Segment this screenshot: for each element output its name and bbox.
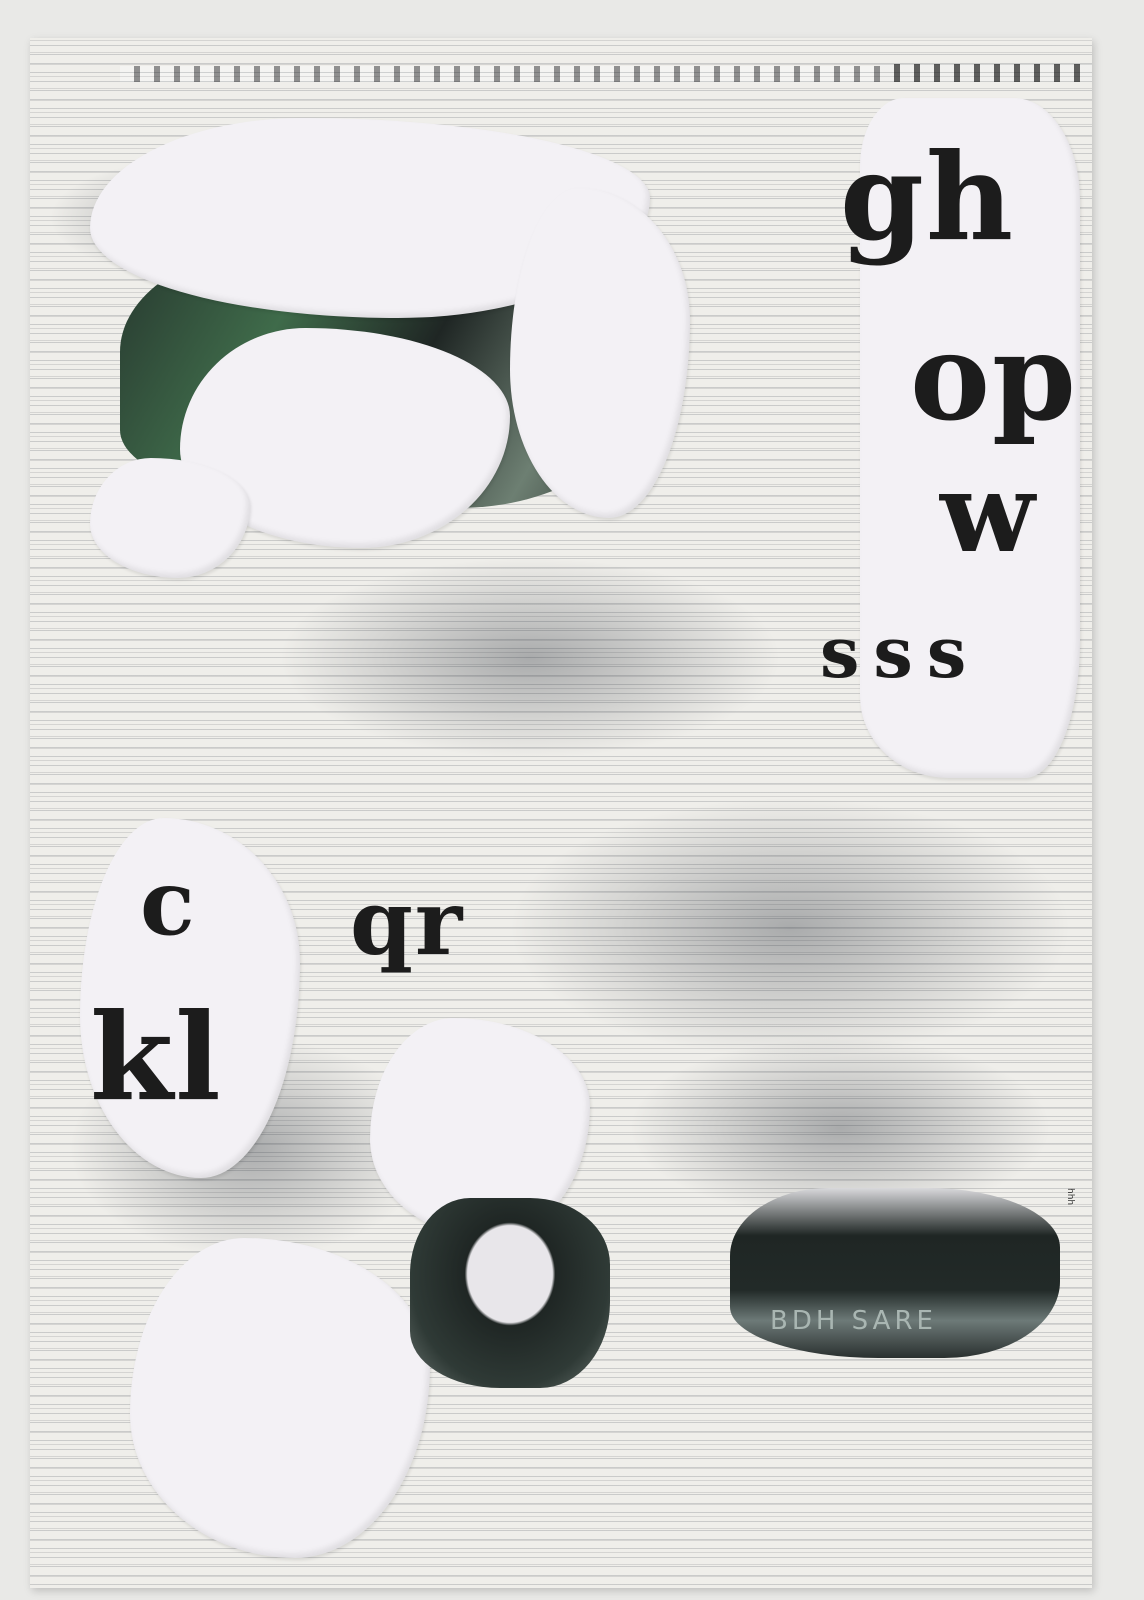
blackletter-fragment: w (940, 458, 1037, 568)
blackletter-fragment: gh (840, 138, 1015, 258)
artist-signature: hhh (1065, 1188, 1075, 1205)
blackletter-fragment: sss (820, 618, 980, 688)
dark-photo-fragment (410, 1198, 610, 1388)
blackletter-fragment: op (910, 318, 1078, 438)
blackletter-fragment: kl (90, 998, 223, 1118)
blackletter-fragment: c (140, 858, 197, 948)
dark-photo-fragment: BDH SARE (730, 1188, 1060, 1358)
sketchbook-page: gh op w sss c kl qr BDH SARE hhh (30, 38, 1092, 1588)
ink-smudge (280, 558, 780, 758)
blackletter-fragment: qr (350, 878, 464, 968)
photo-caption-text: BDH SARE (770, 1306, 937, 1336)
ink-smudge (510, 798, 1070, 1058)
